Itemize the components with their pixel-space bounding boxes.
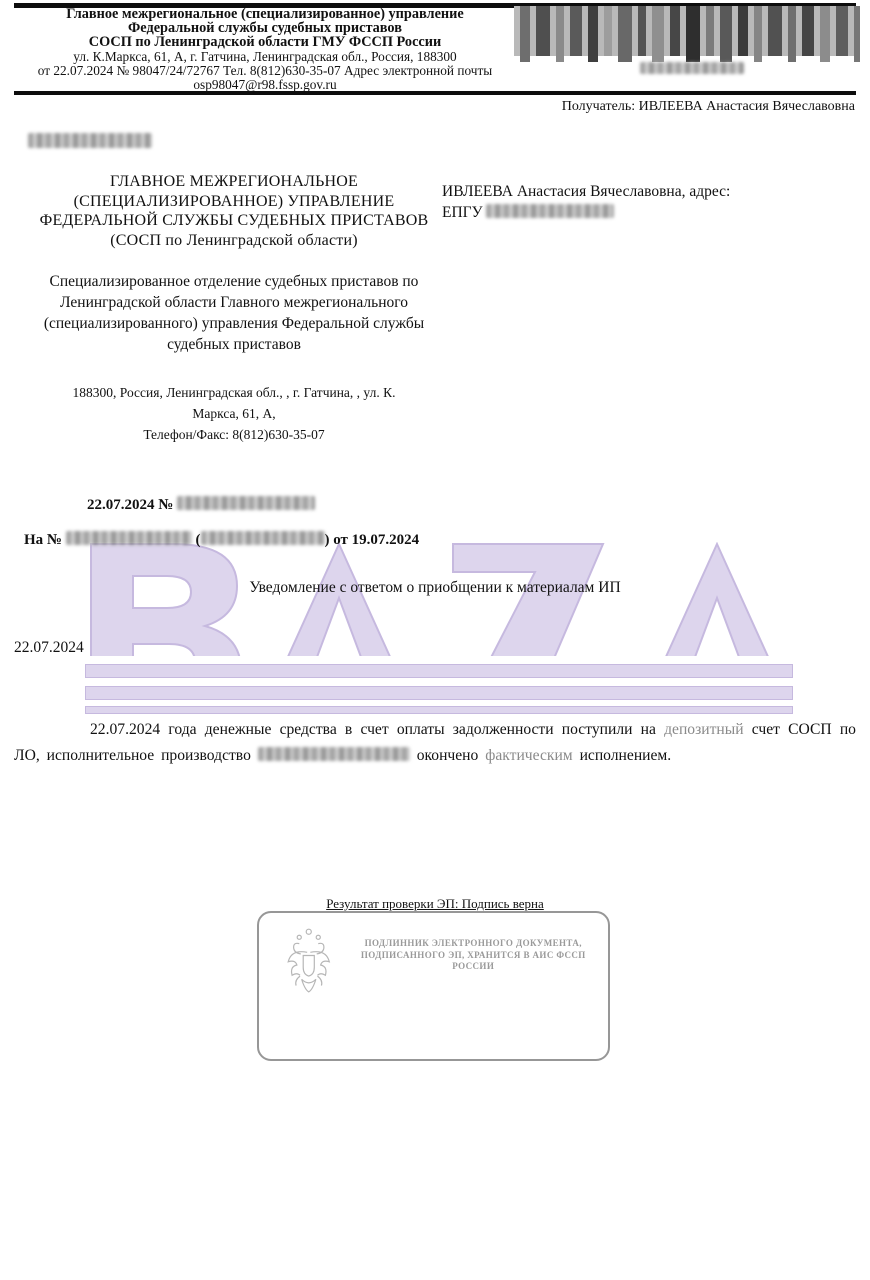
signature-verify-text: Результат проверки ЭП: Подпись верна <box>326 896 544 911</box>
outgoing-ref-number-redacted <box>177 496 315 510</box>
barcode <box>514 6 860 62</box>
body-seg-d: окончено <box>417 747 479 764</box>
body-seg-f: исполнением. <box>580 747 672 764</box>
letterhead-line-4: ул. К.Маркса, 61, А, г. Гатчина, Ленингр… <box>22 50 508 64</box>
incoming-ref-date: от 19.07.2024 <box>333 532 419 548</box>
outgoing-ref-line: 22.07.2024 № <box>87 496 315 514</box>
coat-of-arms-eagle-icon <box>285 924 333 1006</box>
stamp-text-line-1: ПОДЛИННИК ЭЛЕКТРОННОГО ДОКУМЕНТА, <box>349 938 598 950</box>
epgu-address-redacted <box>486 204 614 218</box>
sender-department: Специализированное отделение судебных пр… <box>28 271 440 355</box>
document-page: Главное межрегиональное (специализирован… <box>0 0 870 1280</box>
letterhead: Главное межрегиональное (специализирован… <box>22 7 508 92</box>
letterhead-line-1: Главное межрегиональное (специализирован… <box>22 7 508 21</box>
letterhead-line-2: Федеральной службы судебных приставов <box>22 21 508 35</box>
recipient-line: Получатель: ИВЛЕЕВА Анастасия Вячеславов… <box>562 99 855 115</box>
sender-address-line-1: 188300, Россия, Ленинградская обл., , г.… <box>28 382 440 403</box>
addressee-name: ИВЛЕЕВА Анастасия Вячеславовна, адрес: <box>442 181 862 202</box>
enforcement-case-number-redacted <box>258 747 410 761</box>
body-paragraph: 22.07.2024 года денежные средства в счет… <box>14 717 856 769</box>
letterhead-line-3: СОСП по Ленинградской области ГМУ ФССП Р… <box>22 35 508 49</box>
baza-watermark <box>85 542 793 714</box>
body-seg-e: фактическим <box>485 747 572 764</box>
sender-address-line-2: Маркса, 61, А, <box>28 403 440 424</box>
incoming-ref-number2-redacted <box>201 531 325 545</box>
baza-watermark-graphic <box>85 542 793 714</box>
body-seg-b: депозитный <box>664 721 743 738</box>
signature-verify-line: Результат проверки ЭП: Подпись верна <box>0 896 870 912</box>
barcode-number-redacted <box>640 62 744 74</box>
incoming-ref-prefix: На № <box>24 532 62 548</box>
letterhead-email: osp98047@r98.fssp.gov.ru <box>22 78 508 92</box>
barcode-image <box>514 6 860 62</box>
sender-title-text: ГЛАВНОЕ МЕЖРЕГИОНАЛЬНОЕ (СПЕЦИАЛИЗИРОВАН… <box>40 173 429 229</box>
subject-line: Уведомление с ответом о приобщении к мат… <box>0 579 870 597</box>
document-number-redacted <box>28 133 152 148</box>
addressee-epgu: ЕПГУ <box>442 202 862 223</box>
letterhead-line-5: от 22.07.2024 № 98047/24/72767 Тел. 8(81… <box>22 64 508 78</box>
stamp-text-line-2: ПОДПИСАННОГО ЭП, ХРАНИТСЯ В АИС ФССП РОС… <box>349 950 598 973</box>
sender-subtitle: (СОСП по Ленинградской области) <box>110 232 358 249</box>
esignature-stamp-content: ПОДЛИННИК ЭЛЕКТРОННОГО ДОКУМЕНТА, ПОДПИС… <box>259 913 608 1006</box>
sender-block: ГЛАВНОЕ МЕЖРЕГИОНАЛЬНОЕ (СПЕЦИАЛИЗИРОВАН… <box>28 172 440 445</box>
stamp-text: ПОДЛИННИК ЭЛЕКТРОННОГО ДОКУМЕНТА, ПОДПИС… <box>349 938 598 973</box>
outgoing-ref-prefix: 22.07.2024 № <box>87 497 173 513</box>
body-seg-a: 22.07.2024 года денежные средства в счет… <box>90 721 656 738</box>
sender-phone: Телефон/Факс: 8(812)630-35-07 <box>28 424 440 445</box>
incoming-ref-number-redacted <box>66 531 192 545</box>
date-left: 22.07.2024 <box>14 639 84 657</box>
incoming-ref-close-paren: ) <box>325 532 330 548</box>
addressee-block: ИВЛЕЕВА Анастасия Вячеславовна, адрес: Е… <box>442 181 862 223</box>
epgu-label: ЕПГУ <box>442 204 483 221</box>
incoming-ref-open-paren: ( <box>196 532 201 548</box>
incoming-ref-line: На № () от 19.07.2024 <box>24 531 419 549</box>
sender-address: 188300, Россия, Ленинградская обл., , г.… <box>28 382 440 445</box>
sender-title: ГЛАВНОЕ МЕЖРЕГИОНАЛЬНОЕ (СПЕЦИАЛИЗИРОВАН… <box>28 172 440 250</box>
esignature-stamp-box: ПОДЛИННИК ЭЛЕКТРОННОГО ДОКУМЕНТА, ПОДПИС… <box>257 911 610 1061</box>
